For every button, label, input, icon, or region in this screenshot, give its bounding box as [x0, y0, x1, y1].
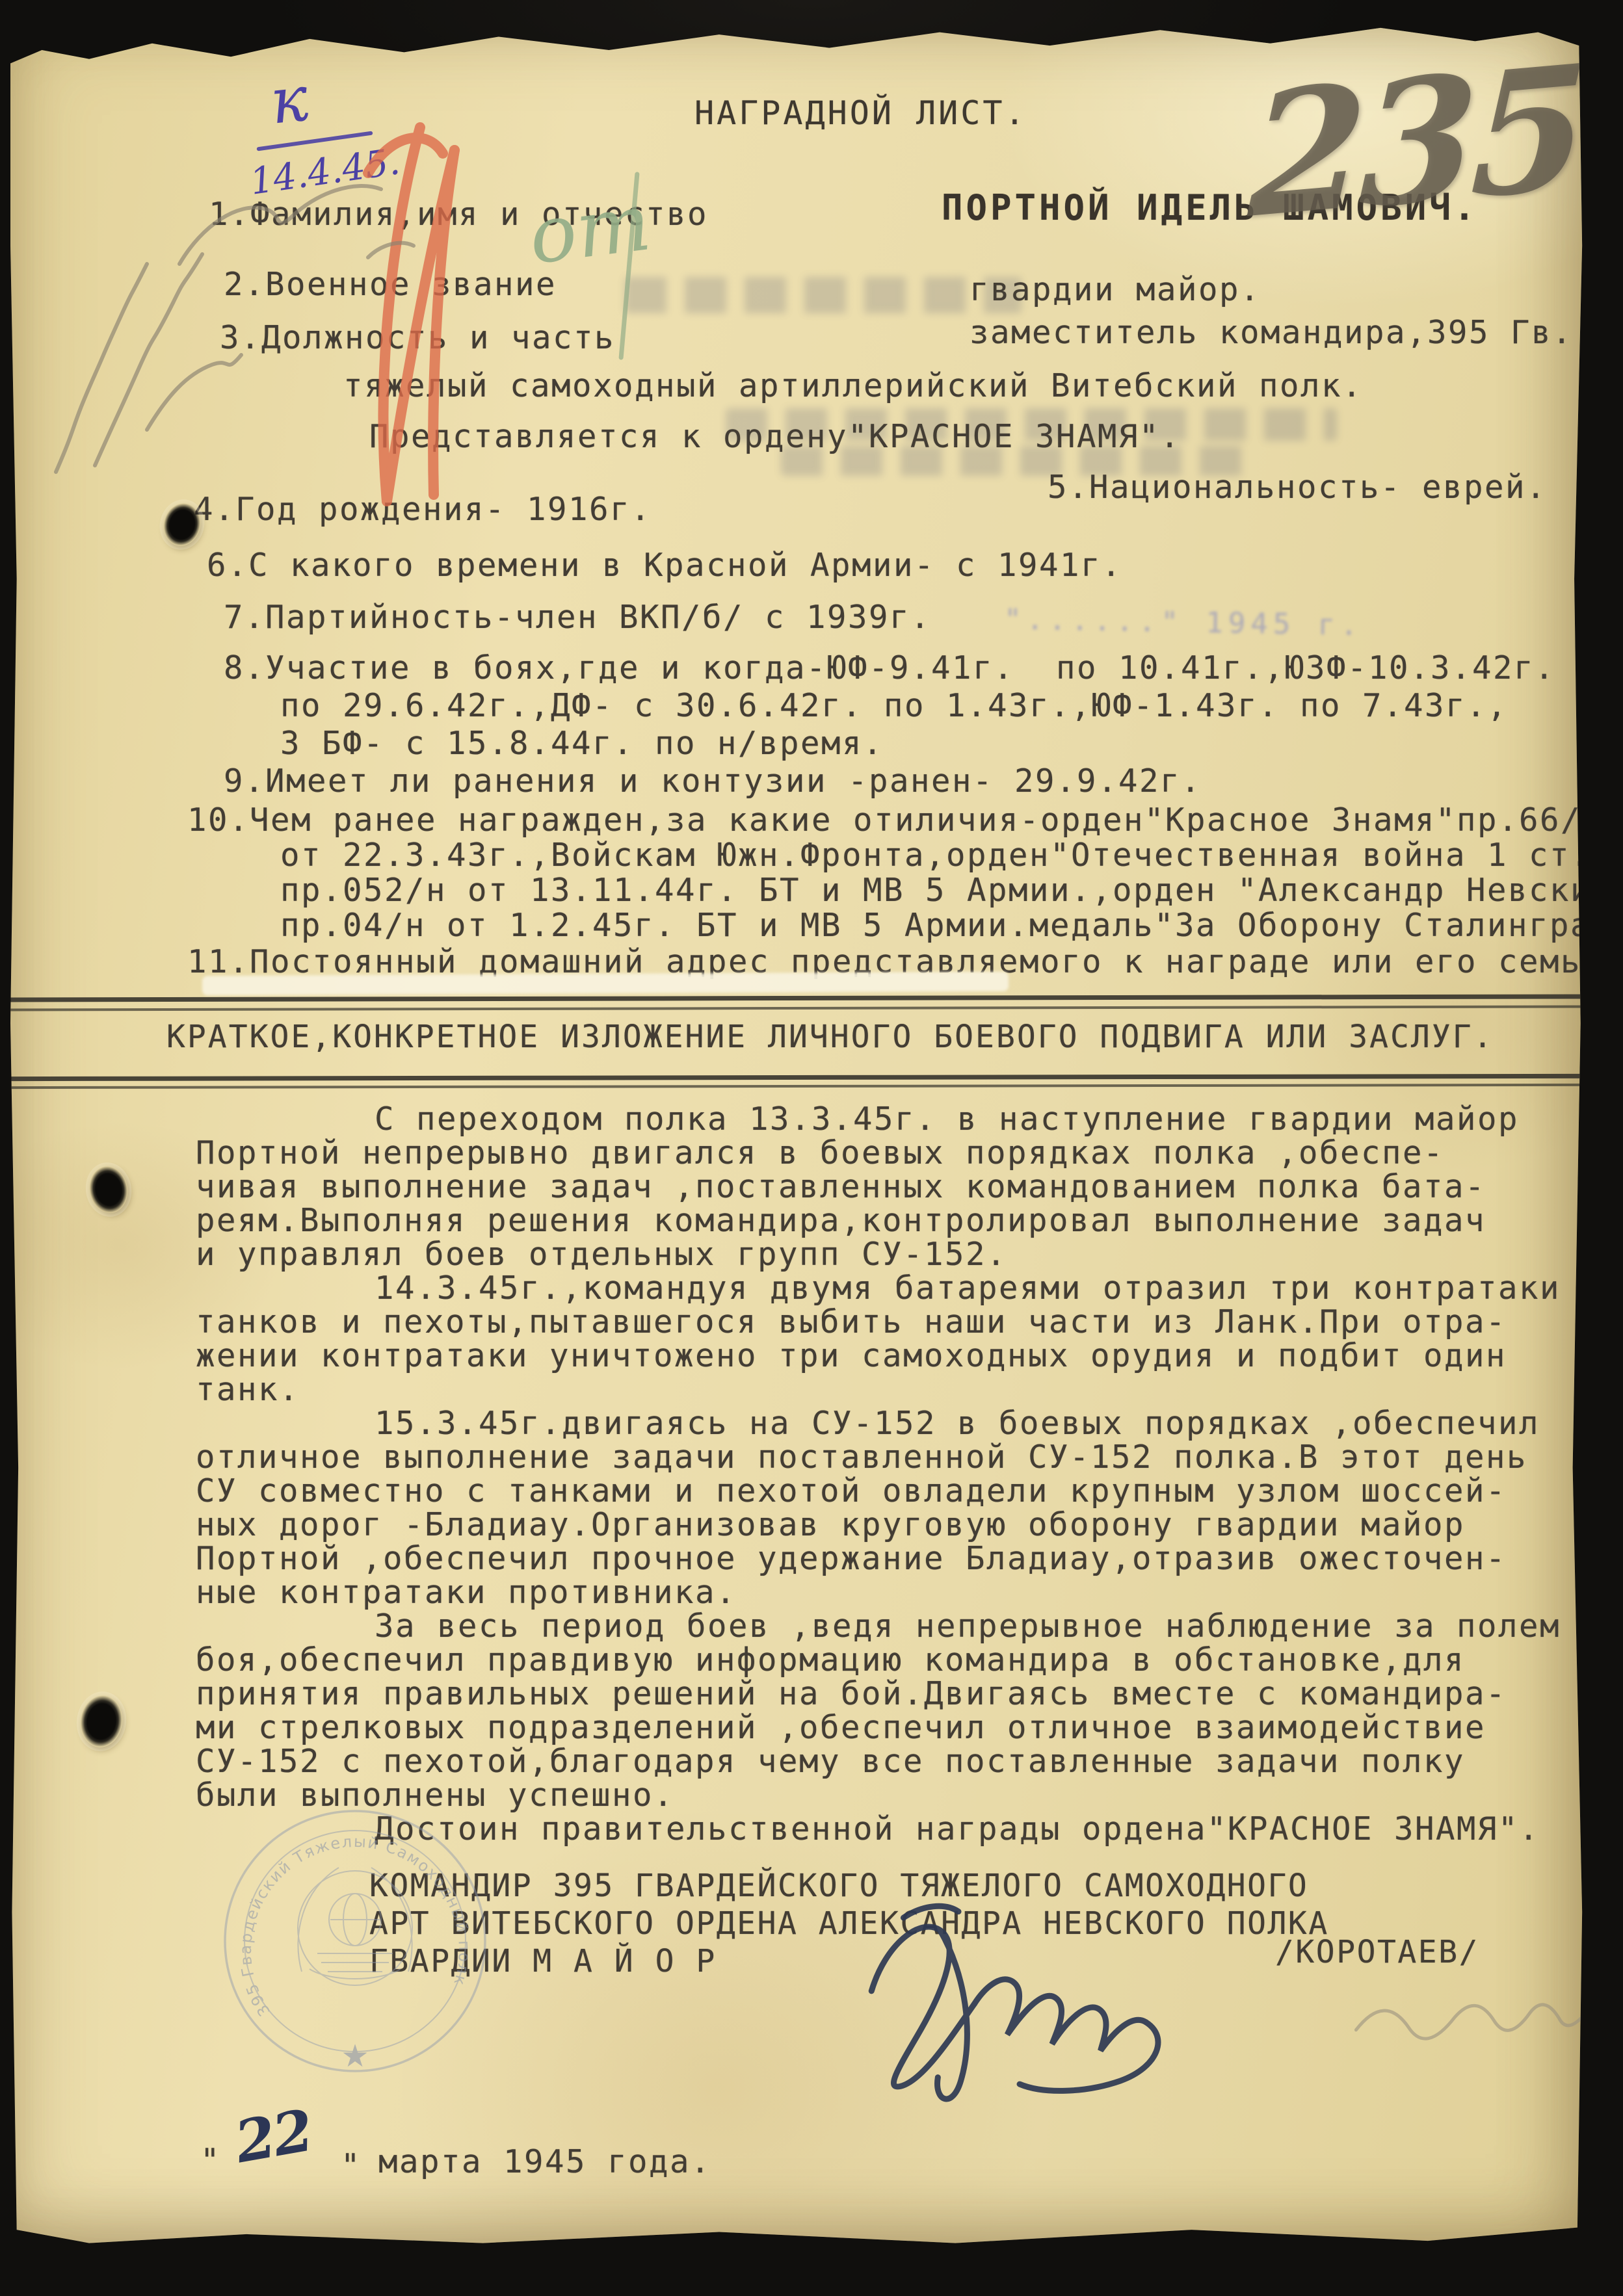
- paper-sheet: "......" 1945 г. НАГРАДНОЙ ЛИСТ. 1.Фамил…: [10, 23, 1585, 2245]
- divider-rule: [10, 994, 1585, 1002]
- field-8-line2: по 29.6.42г.,ДФ- с 30.6.42г. по 1.43г.,Ю…: [280, 689, 1508, 722]
- page-title: НАГРАДНОЙ ЛИСТ.: [694, 96, 1027, 131]
- summary-line: реям.Выполняя решения командира,контроли…: [196, 1204, 1486, 1237]
- field-10-line3: пр.052/н от 13.11.44г. БТ и МВ 5 Армии.,…: [280, 874, 1623, 907]
- unit-round-stamp: ★ 395 Гвардейский Тяжелый Самоходный пол…: [205, 1801, 511, 2113]
- signer-name: /КОРОТАЕВ/: [1275, 1936, 1479, 1968]
- summary-line: СУ-152 с пехотой,благодаря чему все пост…: [196, 1745, 1465, 1778]
- summary-line: Достоин правительственной награды ордена…: [375, 1812, 1540, 1846]
- summary-line: и управлял боев отдельных групп СУ-152.: [196, 1238, 1007, 1271]
- summary-line: СУ совместно с танками и пехотой овладел…: [196, 1474, 1507, 1507]
- divider-rule: [10, 1084, 1585, 1089]
- field-3-value: заместитель командира,395 Гв.: [970, 316, 1573, 349]
- summary-line: ные контратаки противника.: [196, 1576, 737, 1609]
- summary-line: Портной непрерывно двигался в боевых пор…: [196, 1136, 1444, 1169]
- commander-signature: [805, 1875, 1232, 2117]
- summary-line: ми стрелковых подразделений ,обеспечил о…: [196, 1711, 1486, 1744]
- summary-line: чивая выполнение задач ,поставленных ком…: [196, 1170, 1486, 1203]
- summary-line: 15.3.45г.двигаясь на СУ-152 в боевых пор…: [375, 1407, 1540, 1440]
- summary-line: 14.3.45г.,командуя двумя батареями отраз…: [375, 1272, 1561, 1305]
- summary-line: танк.: [196, 1373, 300, 1406]
- field-2-value: гвардии майор.: [970, 273, 1261, 306]
- punch-hole: [77, 1693, 126, 1750]
- star-icon: ★: [341, 2039, 369, 2074]
- summary-header: КРАТКОЕ,КОНКРЕТНОЕ ИЗЛОЖЕНИЕ ЛИЧНОГО БОЕ…: [166, 1021, 1494, 1053]
- field-10-line2: от 22.3.43г.,Войскам Южн.Фронта,орден"От…: [280, 839, 1623, 872]
- field-8-line3: 3 БФ- с 15.8.44г. по н/время.: [280, 727, 884, 760]
- pencil-inscription: [17, 69, 420, 485]
- summary-line: танков и пехоты,пытавшегося выбить наши …: [196, 1305, 1507, 1338]
- divider-rule: [10, 1074, 1585, 1081]
- bleed-through-artifact: [625, 277, 1022, 313]
- field-9: 9.Имеет ли ранения и контузии -ранен- 29…: [224, 764, 1202, 798]
- date-open-quote: ": [200, 2144, 221, 2177]
- svg-text:395 Гвардейский Тяжелый Самохо: 395 Гвардейский Тяжелый Самоходный полк: [237, 1833, 473, 2020]
- field-6: 6.С какого времени в Красной Армии- с 19…: [207, 549, 1122, 582]
- date-close-quote: ": [341, 2149, 362, 2182]
- stamp-ring-text: 395 Гвардейский Тяжелый Самоходный полк: [237, 1833, 473, 2020]
- scanned-award-sheet: "......" 1945 г. НАГРАДНОЙ ЛИСТ. 1.Фамил…: [0, 0, 1623, 2296]
- summary-line: За весь период боев ,ведя непрерывное на…: [375, 1610, 1561, 1643]
- summary-line: С переходом полка 13.3.45г. в наступлени…: [375, 1102, 1519, 1136]
- summary-line: жении контратаки уничтожено три самоходн…: [196, 1339, 1507, 1372]
- erased-strip: [202, 972, 1009, 995]
- field-7: 7.Партийность-член ВКП/б/ с 1939г.: [224, 601, 931, 634]
- pencil-scrawl: [1347, 1971, 1613, 2087]
- punch-hole: [86, 1164, 131, 1216]
- field-10-line1: 10.Чем ранее награжден,за какие отиличия…: [187, 803, 1602, 837]
- field-8-line1: 8.Участие в боях,где и когда-ЮФ-9.41г. п…: [224, 651, 1555, 685]
- date-text: марта 1945 года.: [378, 2145, 711, 2178]
- field-5: 5.Национальность- еврей.: [1048, 471, 1547, 504]
- pencil-page-number: 235: [1247, 28, 1586, 257]
- ghost-stamp-text: "......" 1945 г.: [1004, 603, 1364, 642]
- summary-line: принятия правильных решений на бой.Двига…: [196, 1677, 1507, 1710]
- summary-line: отличное выполнение задачи поставленной …: [196, 1441, 1527, 1474]
- divider-rule: [10, 1005, 1585, 1011]
- summary-line: Портной ,обеспечил прочное удержание Бла…: [196, 1542, 1507, 1575]
- summary-line: ных дорог -Бладиау.Организовав круговую …: [196, 1508, 1465, 1541]
- field-10-line4: пр.04/н от 1.2.45г. БТ и МВ 5 Армии.меда…: [280, 909, 1623, 942]
- summary-line: боя,обеспечил правдивую информацию коман…: [196, 1643, 1465, 1676]
